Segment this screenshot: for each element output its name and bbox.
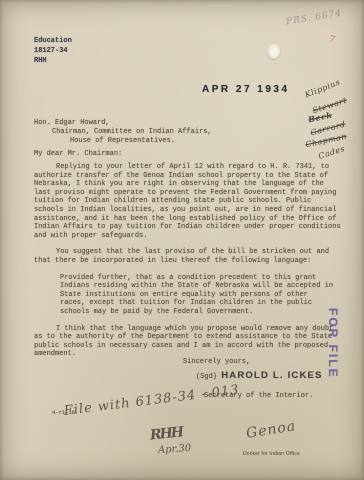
file-note-handwriting: File with 6138-34 - 013 [63,383,240,419]
addressee-name: Hon. Edgar Howard, [34,119,212,128]
body-paragraph-3: I think that the language which you prop… [34,325,341,359]
letter-page: Education 18127-34 RHH PRS. 6674 7 APR 2… [0,0,364,480]
classification-number: 18127-34 [34,46,72,56]
salutation: My dear Mr. Chairman: [34,150,122,158]
valediction: Sincerely yours, [183,358,250,366]
classification-subject: Education [34,36,72,46]
routing-signature: Beck [307,110,333,125]
proviso-quote: Provided further, that as a condition pr… [60,274,335,317]
body-paragraph-1: Replying to your letter of April 12 with… [34,163,341,240]
for-file-stamp: FOR FILE [326,308,340,396]
signature-line: (Sgd) HAROLD L. ICKES [196,370,323,381]
file-classification: Education 18127-34 RHH [34,36,72,66]
paper-flaw-spot [268,44,280,59]
tiny-print-stamp: Docket for Indian Office [243,451,300,457]
classification-initials: RHH [34,56,72,66]
clerk-monogram: RHH [149,424,183,443]
red-pencil-mark: 7 [328,35,336,46]
routing-signature: Klippius [304,77,342,99]
body-paragraph-2: You suggest that the last proviso of the… [34,248,341,265]
place-note-handwriting: Genoa [245,418,297,442]
letter-body: Replying to your letter of April 12 with… [34,163,341,367]
date-note-handwriting: Apr.30 [158,443,192,456]
inside-address: Hon. Edgar Howard, Chairman, Committee o… [34,119,212,147]
for-file-stamp-text: FOR FILE [326,308,340,379]
signed-prefix: (Sgd) [196,373,217,381]
addressee-org: House of Representatives. [70,137,212,146]
date-received-stamp: APR 27 1934 [202,84,290,95]
pencil-annotation: PRS. 6674 [286,9,343,28]
signer-name-stamp: HAROLD L. ICKES [221,370,322,381]
routing-signature: Cades [317,144,346,161]
